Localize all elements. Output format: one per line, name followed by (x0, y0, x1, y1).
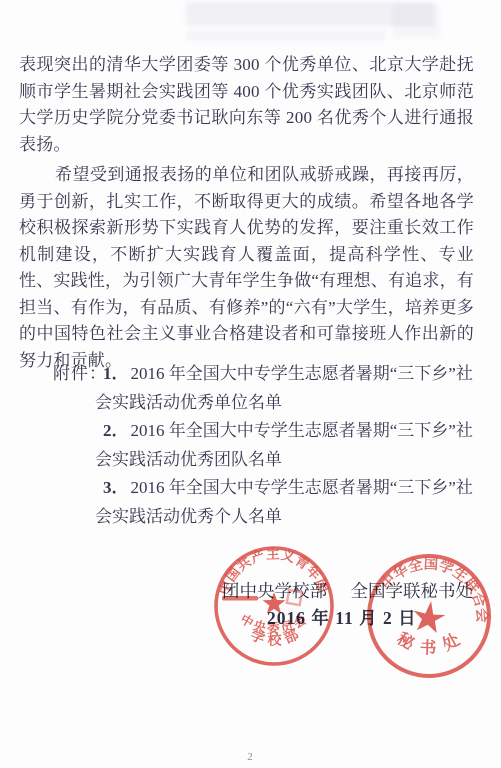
ink-bleed-through (392, 4, 440, 38)
body-paragraph-2: 希望受到通报表扬的单位和团队戒骄戒躁，再接再厉，勇于创新，扎实工作，不断取得更大… (19, 162, 474, 374)
attachment-title: 2016 年全国大中专学生志愿者暑期“三下乡”社会实践活动优秀团队名单 (95, 421, 473, 469)
attachments-label: 附件： (53, 360, 107, 389)
seal-ring-text: 中国共产主义青年团 (215, 546, 332, 597)
seal-flag-mark (287, 590, 302, 605)
attachment-title: 2016 年全国大中专学生志愿者暑期“三下乡”社会实践活动优秀单位名单 (95, 364, 473, 412)
attachments-section: 附件： 1．2016 年全国大中专学生志愿者暑期“三下乡”社会实践活动优秀单位名… (53, 360, 481, 531)
attachment-item: 1．2016 年全国大中专学生志愿者暑期“三下乡”社会实践活动优秀单位名单 (95, 360, 481, 417)
ink-bleed-through (186, 30, 386, 41)
document-page: 表现突出的清华大学团委等 300 个优秀单位、北京大学赴抚顺市学生暑期社会实践团… (0, 0, 501, 768)
red-star-icon (411, 599, 447, 634)
document-body: 表现突出的清华大学团委等 300 个优秀单位、北京大学赴抚顺市学生暑期社会实践团… (19, 52, 474, 374)
official-seal-right: 中华全国学生联合会 秘书处 (362, 549, 496, 683)
attachment-number: 2． (103, 421, 129, 440)
attachment-item: 3．2016 年全国大中专学生志愿者暑期“三下乡”社会实践活动优秀个人名单 (95, 474, 481, 531)
attachment-title: 2016 年全国大中专学生志愿者暑期“三下乡”社会实践活动优秀个人名单 (95, 478, 473, 526)
body-paragraph-1: 表现突出的清华大学团委等 300 个优秀单位、北京大学赴抚顺市学生暑期社会实践团… (19, 52, 474, 158)
red-star-icon (263, 592, 286, 614)
attachment-number: 3． (103, 478, 129, 497)
seal-inner-text-line1: 中央委员会 (238, 611, 309, 635)
attachments-list: 1．2016 年全国大中专学生志愿者暑期“三下乡”社会实践活动优秀单位名单 2．… (95, 360, 481, 531)
page-number: 2 (240, 751, 260, 763)
attachment-item: 2．2016 年全国大中专学生志愿者暑期“三下乡”社会实践活动优秀团队名单 (95, 417, 481, 474)
seal-inner-text: 秘书处 (394, 629, 464, 658)
official-seal-left: 中国共产主义青年团 中央委员会 学校部 (208, 540, 340, 672)
seal-flag-bar (222, 596, 258, 601)
